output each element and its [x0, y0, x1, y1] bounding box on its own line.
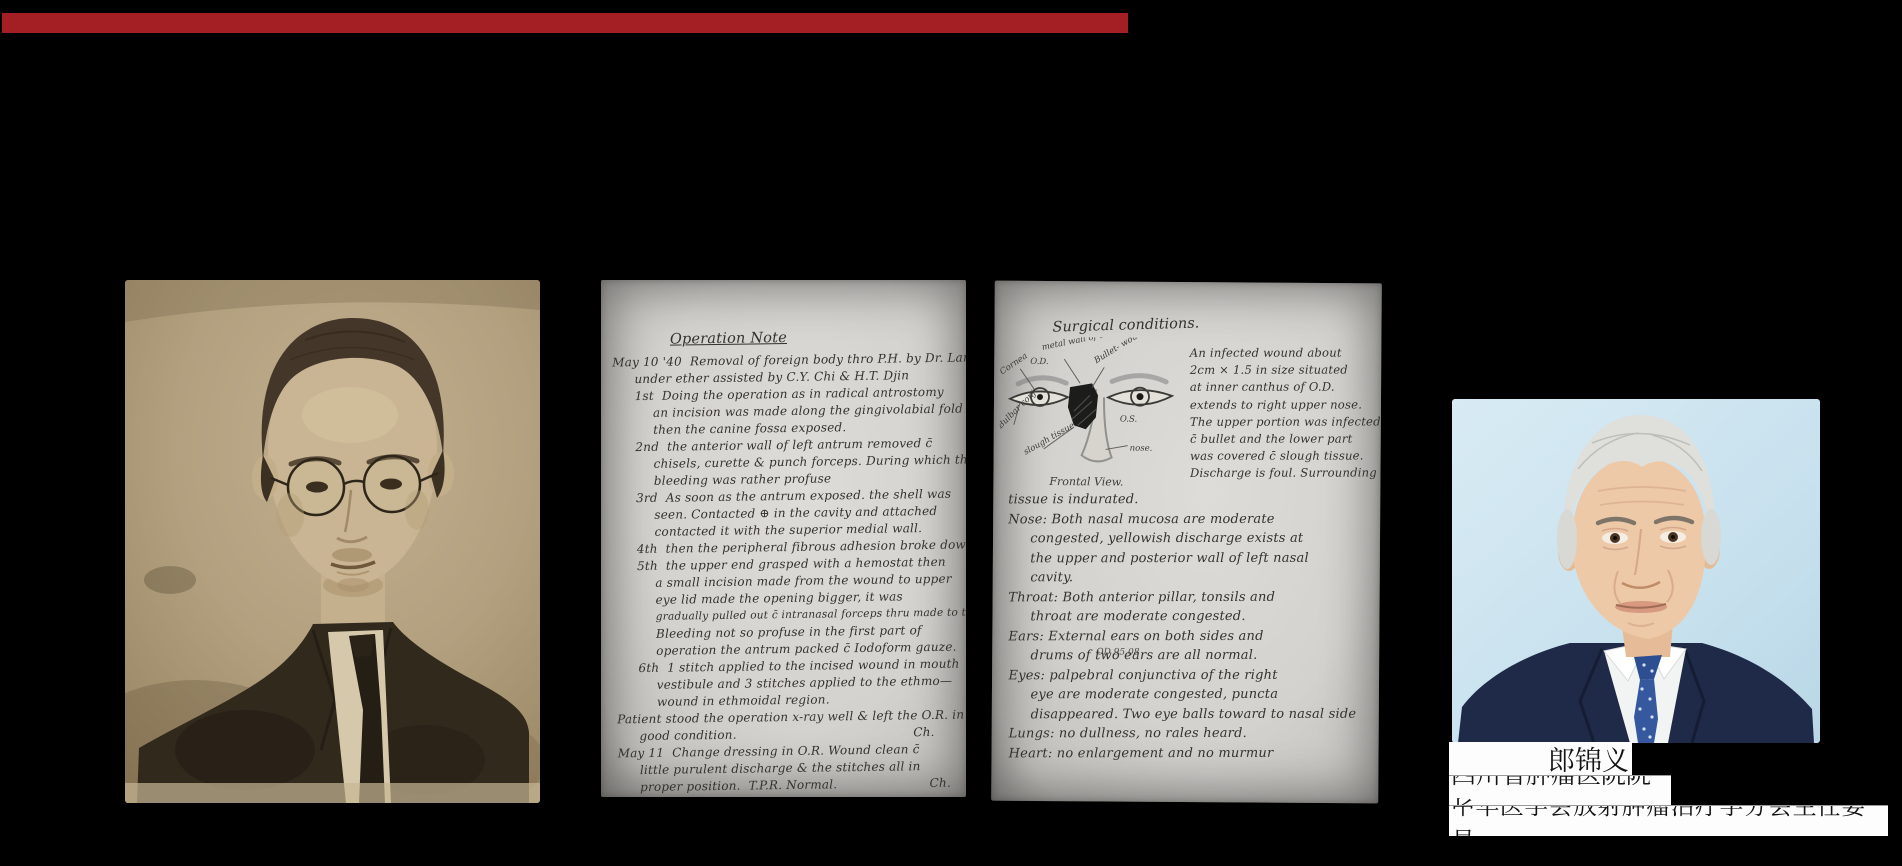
handwritten-line: Lungs: no dullness, no rales heard. [1009, 724, 1374, 744]
handwritten-line: drums of two ears are all normal. [1030, 646, 1373, 666]
exam-findings-text: tissue is indurated.Nose: Both nasal muc… [1008, 490, 1373, 764]
handwritten-line: Nose: Both nasal mucosa are moderate [1008, 509, 1373, 529]
slide-background: Operation NoteMay 10 '40 Removal of fore… [0, 0, 1902, 866]
doctor-portrait-illustration [1452, 399, 1820, 743]
label-frontal-view: Frontal View. [1048, 475, 1123, 489]
label-cornea: Cornea [999, 351, 1029, 377]
handwritten-line: was covered c̄ slough tissue. [1190, 448, 1378, 466]
page2-title: Surgical conditions. [1052, 316, 1199, 336]
handwritten-line: c̄ bullet and the lower part [1190, 431, 1378, 449]
handwritten-line: The upper portion was infected [1190, 413, 1378, 431]
operation-note-page: Operation NoteMay 10 '40 Removal of fore… [601, 280, 966, 797]
label-od: O.D. [1030, 357, 1048, 367]
label-bullet-wound: Bullet- wound [1092, 337, 1150, 367]
caption-title-hospital: 四川省肿瘤医院院长 [1449, 775, 1671, 805]
handwritten-line: proper position. T.P.R. Normal. Ch. [640, 775, 965, 797]
historic-portrait-photo [125, 280, 540, 803]
handwritten-line: Operation Note [670, 328, 959, 349]
doctor-portrait-photo [1452, 399, 1820, 743]
handwritten-line: at inner canthus of O.D. [1190, 379, 1378, 397]
label-os: O.S. [1120, 415, 1137, 425]
caption-name: 郎锦义 [1449, 742, 1632, 775]
eye-injury-diagram: Cornea O.D. metal wall of bullet. Bullet… [999, 337, 1200, 496]
handwritten-line: Heart: no enlargement and no murmur [1009, 743, 1374, 763]
handwritten-line: extends to right upper nose. [1190, 396, 1378, 414]
label-nose: nose. [1130, 444, 1153, 454]
wound-description-column: An infected wound about2cm × 1.5 in size… [1190, 345, 1378, 483]
historic-portrait-illustration [125, 280, 540, 803]
caption-title-society: 中华医学会放射肿瘤治疗学分会主任委员 [1449, 805, 1888, 836]
handwritten-line: congested, yellowish discharge exists at [1030, 529, 1373, 549]
accent-bar [2, 13, 1128, 33]
handwritten-line: Discharge is foul. Surrounding [1190, 465, 1378, 483]
handwritten-line: Ears: External ears on both sides and [1008, 626, 1373, 646]
label-slough-tissue: slough tissue. [1022, 419, 1079, 457]
handwritten-line: throat are moderate congested. [1030, 607, 1373, 627]
handwritten-line: the upper and posterior wall of left nas… [1030, 548, 1373, 568]
handwritten-line: An infected wound about [1190, 345, 1378, 363]
handwritten-line: Throat: Both anterior pillar, tonsils an… [1008, 587, 1373, 607]
handwritten-line: Eyes: palpebral conjunctiva of the right [1008, 665, 1373, 685]
handwritten-line: eye are moderate congested, puncta [1031, 685, 1374, 705]
surgical-conditions-page: Surgical conditions. Cornea O.D. metal w… [991, 281, 1382, 804]
handwritten-line: tissue is indurated. [1008, 490, 1373, 510]
handwritten-line: cavity. [1030, 568, 1373, 588]
operation-note-text: Operation NoteMay 10 '40 Removal of fore… [612, 328, 965, 797]
handwritten-line: 2cm × 1.5 in size situated [1190, 362, 1378, 380]
handwritten-line: disappeared. Two eye balls toward to nas… [1031, 704, 1374, 724]
